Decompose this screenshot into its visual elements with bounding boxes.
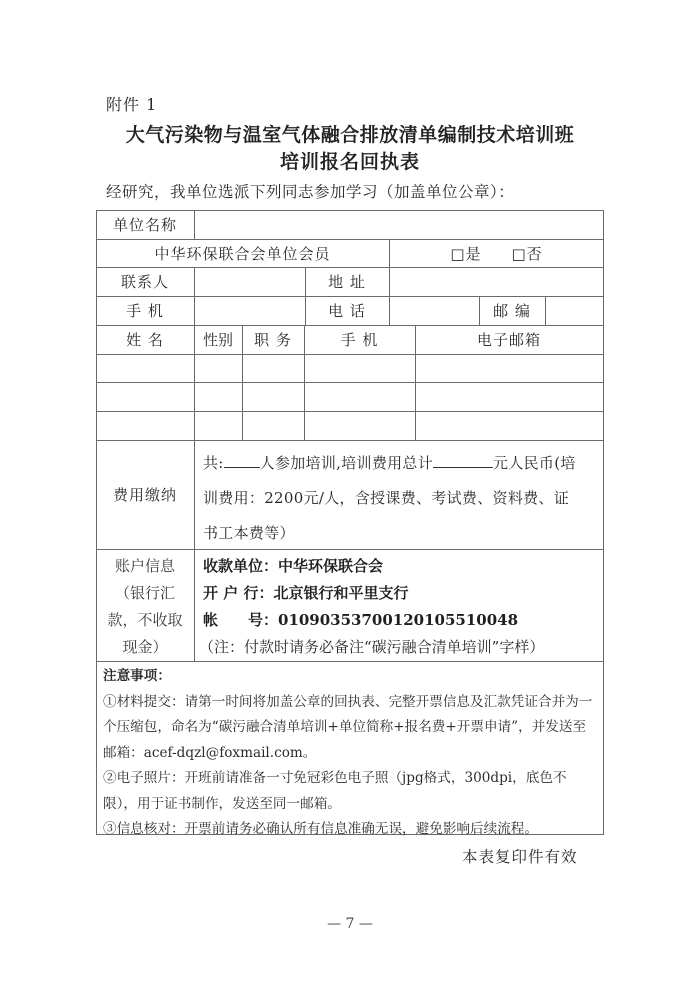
participant-row[interactable]	[96, 382, 603, 411]
contact-label: 联系人	[96, 267, 194, 296]
account-number: 帐 号：01090353700120105510048	[203, 607, 603, 634]
form-subtitle: 培训报名回执表	[0, 147, 700, 174]
account-label: 账户信息 （银行汇 款，不收取 现金）	[96, 553, 194, 661]
phone-label: 电 话	[305, 296, 389, 325]
address-label: 地 址	[305, 267, 389, 296]
participant-row[interactable]	[96, 354, 603, 382]
notes-title: 注意事项：	[103, 664, 598, 690]
member-options: □是 □否	[390, 239, 603, 267]
member-label: 中华环保联合会单位会员	[96, 239, 389, 267]
participant-row[interactable]	[96, 411, 603, 440]
mobile-label: 手 机	[96, 296, 194, 325]
mobile-field[interactable]	[195, 296, 305, 325]
notes-section: 注意事项： ①材料提交：请第一时间将加盖公章的回执表、完整开票信息及汇款凭证合并…	[103, 664, 598, 843]
unit-name-label: 单位名称	[96, 210, 194, 239]
unit-name-field[interactable]	[195, 210, 603, 239]
phone-field[interactable]	[390, 296, 479, 325]
header-mobile: 手 机	[304, 325, 415, 354]
form-title: 大气污染物与温室气体融合排放清单编制技术培训班	[0, 120, 700, 147]
header-gender: 性别	[194, 325, 242, 354]
member-no-checkbox[interactable]: □否	[512, 243, 543, 264]
header-email: 电子邮箱	[415, 325, 603, 354]
member-yes-checkbox[interactable]: □是	[450, 243, 481, 264]
payee: 收款单位：中华环保联合会	[203, 553, 603, 580]
row-divider	[96, 661, 604, 662]
fee-label: 费用缴纳	[96, 440, 194, 549]
account-info: 收款单位：中华环保联合会 开 户 行：北京银行和平里支行 帐 号：0109035…	[203, 553, 603, 661]
copy-valid-note: 本表复印件有效	[462, 845, 578, 867]
total-fee-blank[interactable]	[433, 453, 493, 468]
page-number: — 7 —	[0, 916, 700, 932]
address-field[interactable]	[390, 267, 603, 296]
postcode-field[interactable]	[546, 296, 603, 325]
payment-note: （注：付款时请务必备注“碳污融合清单培训”字样）	[199, 634, 603, 661]
header-name: 姓 名	[96, 325, 194, 354]
bank: 开 户 行：北京银行和平里支行	[203, 580, 603, 607]
intro-text: 经研究，我单位选派下列同志参加学习（加盖单位公章）：	[106, 180, 514, 202]
header-position: 职 务	[242, 325, 304, 354]
note-item: ②电子照片：开班前请准备一寸免冠彩色电子照（jpg格式，300dpi，底色不限）…	[103, 766, 598, 817]
participant-count-blank[interactable]	[224, 453, 260, 468]
postcode-label: 邮 编	[479, 296, 545, 325]
note-item: ③信息核对：开票前请务必确认所有信息准确无误，避免影响后续流程。	[103, 817, 598, 843]
note-item: ①材料提交：请第一时间将加盖公章的回执表、完整开票信息及汇款凭证合并为一个压缩包…	[103, 690, 598, 767]
table-border-right	[603, 210, 604, 834]
fee-description: 共:人参加培训,培训费用总计元人民币(培 训费用：2200元/人，含授课费、考试…	[203, 446, 601, 551]
contact-field[interactable]	[195, 267, 305, 296]
attachment-label: 附件 1	[106, 92, 157, 115]
